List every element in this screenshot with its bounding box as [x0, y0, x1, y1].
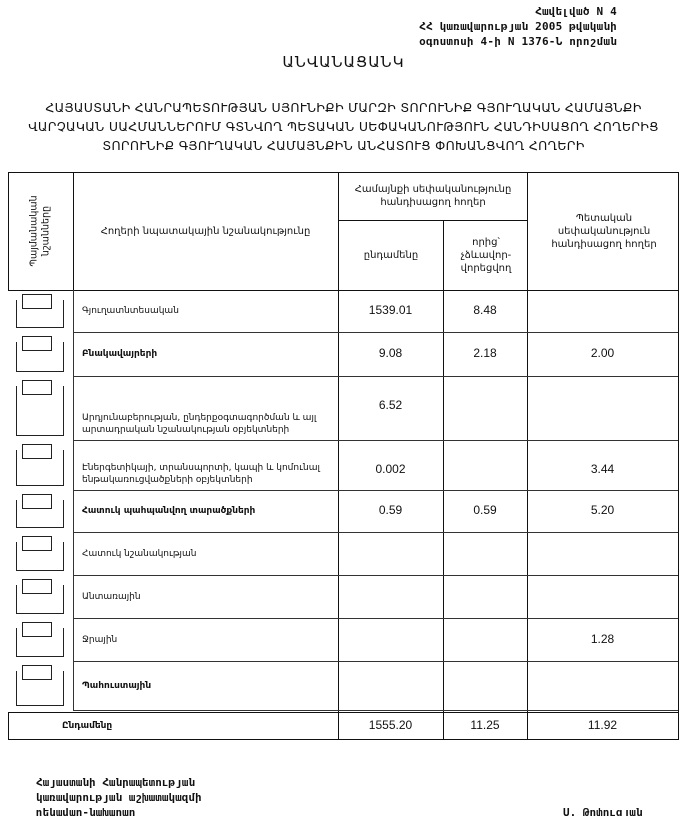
cell-total: 0.002 — [338, 462, 443, 476]
header-purpose: Հողերի նպատակային նշանակությունը — [78, 225, 333, 238]
cell-total: 0.59 — [338, 503, 443, 517]
code-marker-box — [22, 336, 52, 351]
land-table: Պայմանական նշանները Հողերի նպատակային նշ… — [0, 0, 687, 816]
total-cell-of-which: 11.25 — [443, 718, 527, 732]
total-cell-total: 1555.20 — [338, 718, 443, 732]
table-row-label: Պահուստային — [82, 680, 322, 692]
signatory-name: Ս. Թոփուզյան — [563, 805, 642, 816]
table-row-label: Հատուկ պահպանվող տարածքների — [82, 505, 322, 517]
cell-total: 9.08 — [338, 346, 443, 360]
header-code: Պայմանական նշանները — [8, 172, 73, 290]
header-of-which: որից՝ չձևավոր-վորեցվող — [458, 236, 514, 275]
cell-total: 1539.01 — [338, 303, 443, 317]
code-marker-box — [22, 380, 52, 395]
table-row-label: Հատուկ նշանակության — [82, 548, 322, 560]
table-row-label: Էներգետիկայի, տրանսպորտի, կապի և կոմունա… — [82, 462, 322, 486]
table-row-label: Բնակավայրերի — [82, 348, 322, 360]
code-marker-box — [22, 579, 52, 594]
table-row-label: Ջրային — [82, 634, 322, 646]
signatory-title: Հայաստանի Հանրապետության կառավարության ա… — [36, 775, 202, 816]
cell-state: 2.00 — [527, 346, 678, 360]
cell-state: 3.44 — [527, 462, 678, 476]
code-marker-box — [22, 665, 52, 680]
cell-of-which: 8.48 — [443, 303, 527, 317]
signatory-line-2: կառավարության աշխատակազմի — [36, 790, 202, 805]
header-total: ընդամենը — [343, 249, 439, 262]
code-marker-box — [22, 494, 52, 509]
header-state: Պետական սեփականություն հանդիսացող հողեր — [540, 212, 668, 251]
cell-total: 6.52 — [338, 398, 443, 412]
signatory-line-3: ղեկավար-նախարար — [36, 805, 202, 816]
table-row-label: Գյուղատնտեսական — [82, 305, 322, 317]
header-community-group: Համայնքի սեփականությունը հանդիսացող հողե… — [348, 183, 518, 209]
code-marker-box — [22, 444, 52, 459]
code-marker-box — [22, 536, 52, 551]
signatory-line-1: Հայաստանի Հանրապետության — [36, 775, 202, 790]
table-row-label: Արդյունաբերության, ընդերքօգտագործման և ա… — [82, 412, 322, 436]
cell-state: 1.28 — [527, 632, 678, 646]
table-row-label: Անտառային — [82, 591, 322, 603]
code-marker-box — [22, 294, 52, 309]
cell-of-which: 2.18 — [443, 346, 527, 360]
cell-of-which: 0.59 — [443, 503, 527, 517]
cell-state: 5.20 — [527, 503, 678, 517]
total-cell-state: 11.92 — [527, 718, 678, 732]
total-row-label: Ընդամենը — [62, 720, 112, 732]
code-marker-box — [22, 622, 52, 637]
